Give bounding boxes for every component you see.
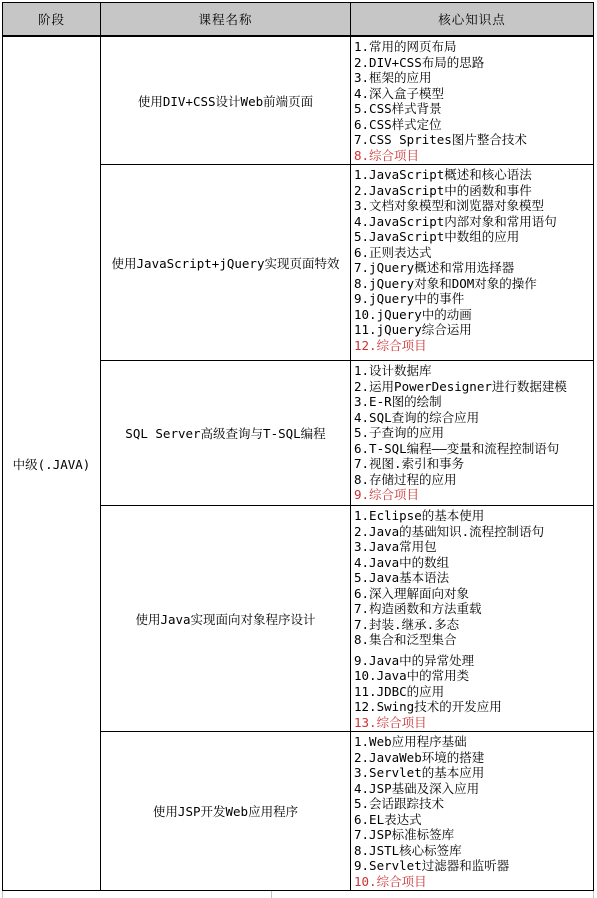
knowledge-point-line: 3.框架的应用 bbox=[354, 70, 591, 86]
knowledge-point-line: 7.JSP标准标签库 bbox=[354, 827, 591, 843]
knowledge-point-line: 1.JavaScript概述和核心语法 bbox=[354, 167, 591, 183]
knowledge-point-line: 6.T-SQL编程——变量和流程控制语句 bbox=[354, 441, 591, 457]
knowledge-points-java-oop: 1.Eclipse的基本使用2.Java的基础知识.流程控制语句3.Java常用… bbox=[351, 506, 593, 732]
knowledge-point-line: 2.Java的基础知识.流程控制语句 bbox=[354, 524, 591, 540]
course-name-sql-server: SQL Server高级查询与T-SQL编程 bbox=[101, 361, 351, 506]
knowledge-point-line: 11.JDBC的应用 bbox=[354, 684, 591, 700]
knowledge-point-line: 12.综合项目 bbox=[354, 338, 591, 354]
knowledge-point-line: 4.JSP基础及深入应用 bbox=[354, 781, 591, 797]
knowledge-point-line: 3.Servlet的基本应用 bbox=[354, 765, 591, 781]
knowledge-point-line: 5.CSS样式背景 bbox=[354, 101, 591, 117]
stage-cell: 中级(.JAVA) bbox=[3, 37, 101, 890]
knowledge-point-line: 9.Servlet过滤器和监听器 bbox=[354, 858, 591, 874]
knowledge-point-line: 10.jQuery中的动画 bbox=[354, 307, 591, 323]
knowledge-point-line: 2.JavaScript中的函数和事件 bbox=[354, 183, 591, 199]
knowledge-point-line: 12.Swing技术的开发应用 bbox=[354, 699, 591, 715]
knowledge-point-line: 2.DIV+CSS布局的思路 bbox=[354, 55, 591, 71]
knowledge-point-line: 2.JavaWeb环境的搭建 bbox=[354, 750, 591, 766]
knowledge-point-line: 1.Eclipse的基本使用 bbox=[354, 508, 591, 524]
knowledge-point-line: 1.常用的网页布局 bbox=[354, 39, 591, 55]
knowledge-point-line: 8.存储过程的应用 bbox=[354, 472, 591, 488]
knowledge-point-line: 10.Java中的常用类 bbox=[354, 668, 591, 684]
knowledge-point-line: 6.CSS样式定位 bbox=[354, 117, 591, 133]
knowledge-point-line: 7.构造函数和方法重载 bbox=[354, 601, 591, 617]
knowledge-points-jsp-web: 1.Web应用程序基础2.JavaWeb环境的搭建3.Servlet的基本应用4… bbox=[351, 732, 593, 890]
knowledge-points-div-css: 1.常用的网页布局2.DIV+CSS布局的思路3.框架的应用4.深入盒子模型5.… bbox=[351, 37, 593, 165]
knowledge-point-line: 13.综合项目 bbox=[354, 715, 591, 731]
curriculum-table: 阶段 课程名称 核心知识点 中级(.JAVA) 使用DIV+CSS设计Web前端… bbox=[2, 2, 594, 891]
knowledge-points-javascript-jquery: 1.JavaScript概述和核心语法2.JavaScript中的函数和事件3.… bbox=[351, 165, 593, 361]
course-name-javascript-jquery: 使用JavaScript+jQuery实现页面特效 bbox=[101, 165, 351, 361]
knowledge-points-sql-server: 1.设计数据库2.运用PowerDesigner进行数据建模3.E-R图的绘制4… bbox=[351, 361, 593, 506]
knowledge-point-line: 3.文档对象模型和浏览器对象模型 bbox=[354, 198, 591, 214]
knowledge-point-line: 6.EL表达式 bbox=[354, 812, 591, 828]
knowledge-point-line: 3.Java常用包 bbox=[354, 539, 591, 555]
knowledge-point-line: 5.子查询的应用 bbox=[354, 425, 591, 441]
course-name-jsp-web: 使用JSP开发Web应用程序 bbox=[101, 732, 351, 890]
knowledge-point-line: 10.综合项目 bbox=[354, 874, 591, 890]
knowledge-point-line: 4.深入盒子模型 bbox=[354, 86, 591, 102]
course-name-java-oop: 使用Java实现面向对象程序设计 bbox=[101, 506, 351, 732]
knowledge-point-line: 8.jQuery对象和DOM对象的操作 bbox=[354, 276, 591, 292]
knowledge-point-line: 9.Java中的异常处理 bbox=[354, 653, 591, 669]
knowledge-point-line: 8.JSTL核心标签库 bbox=[354, 843, 591, 859]
knowledge-point-line: 5.Java基本语法 bbox=[354, 570, 591, 586]
knowledge-point-line: 5.会话跟踪技术 bbox=[354, 796, 591, 812]
knowledge-point-line: 11.jQuery综合运用 bbox=[354, 322, 591, 338]
knowledge-point-line: 1.设计数据库 bbox=[354, 363, 591, 379]
knowledge-point-line: 7.视图.索引和事务 bbox=[354, 456, 591, 472]
column-header-stage: 阶段 bbox=[3, 3, 101, 37]
knowledge-point-line: 9.jQuery中的事件 bbox=[354, 291, 591, 307]
knowledge-point-line: 7.封装.继承.多态 bbox=[354, 617, 591, 633]
knowledge-point-line: 5.JavaScript中数组的应用 bbox=[354, 229, 591, 245]
knowledge-point-line: 7.CSS Sprites图片整合技术 bbox=[354, 132, 591, 148]
knowledge-point-line: 4.SQL查询的综合应用 bbox=[354, 410, 591, 426]
knowledge-point-line: 4.JavaScript内部对象和常用语句 bbox=[354, 214, 591, 230]
column-header-core-knowledge: 核心知识点 bbox=[351, 3, 593, 37]
knowledge-point-line: 9.综合项目 bbox=[354, 487, 591, 503]
knowledge-point-line: 3.E-R图的绘制 bbox=[354, 394, 591, 410]
knowledge-point-line: 7.jQuery概述和常用选择器 bbox=[354, 260, 591, 276]
course-name-div-css: 使用DIV+CSS设计Web前端页面 bbox=[101, 37, 351, 165]
knowledge-point-line: 6.正则表达式 bbox=[354, 245, 591, 261]
knowledge-point-line: 1.Web应用程序基础 bbox=[354, 734, 591, 750]
knowledge-point-line: 2.运用PowerDesigner进行数据建模 bbox=[354, 379, 591, 395]
knowledge-point-line: 6.深入理解面向对象 bbox=[354, 586, 591, 602]
knowledge-point-line: 8.综合项目 bbox=[354, 148, 591, 164]
knowledge-point-line: 8.集合和泛型集合 bbox=[354, 632, 591, 648]
column-header-course-name: 课程名称 bbox=[101, 3, 351, 37]
knowledge-point-line: 4.Java中的数组 bbox=[354, 555, 591, 571]
